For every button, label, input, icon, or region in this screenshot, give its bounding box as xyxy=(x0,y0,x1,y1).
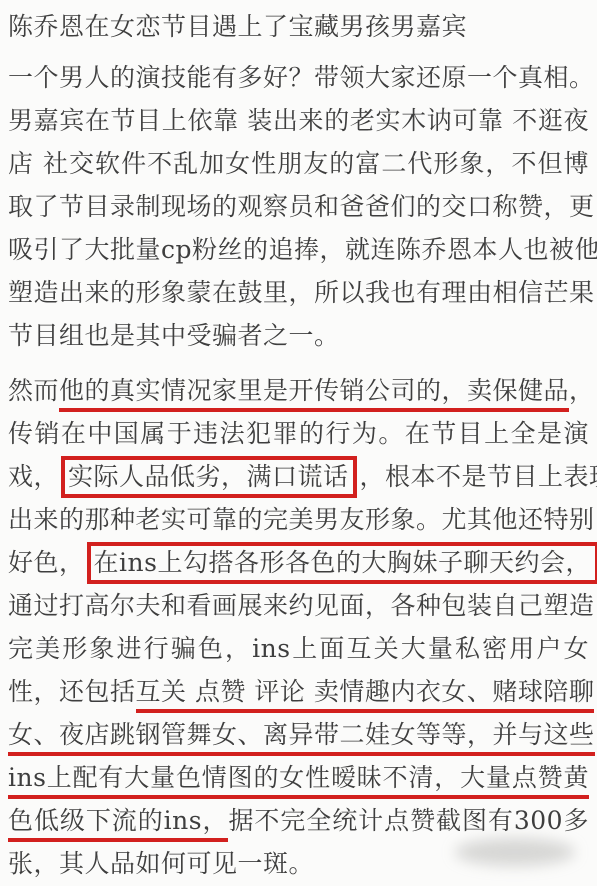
text-segment: 一个男人的演技能有多好？带领大家还原一个真相。 xyxy=(8,63,595,92)
text-segment: ，根本不是节目上表现 xyxy=(360,462,597,491)
text-line: ins上配有大量色情图的女性暧昧不清，大量点赞黄 xyxy=(8,756,589,799)
red-boxed-text: 在ins上勾搭各形各色的大胸妹子聊天约会， xyxy=(87,542,597,584)
text-segment: 据不完全统计点赞截图有300多 xyxy=(228,806,589,835)
text-line: 节目组也是其中受骗者之一。 xyxy=(8,314,589,357)
text-line: 一个男人的演技能有多好？带领大家还原一个真相。 xyxy=(8,56,589,99)
text-line: 完美形象进行骗色，ins上面互关大量私密用户女 xyxy=(8,627,589,670)
red-underlined-text: ins上配有大量色情图的女性暧昧不清，大量点赞黄 xyxy=(8,763,589,799)
text-line: 然而他的真实情况家里是开传销公司的，卖保健品， xyxy=(8,369,589,412)
text-line: 传销在中国属于违法犯罪的行为。在节目上全是演 xyxy=(8,412,589,455)
text-line: 出来的那种老实可靠的完美男友形象。尤其他还特别 xyxy=(8,498,589,541)
red-underlined-text: 他的真实情况家里是开传销公司的，卖保健品 xyxy=(59,376,569,412)
text-segment: 店 社交软件不乱加女性朋友的富二代形象，不但博 xyxy=(8,149,589,178)
text-segment: 好色， xyxy=(8,548,85,577)
red-underlined-text: 女、夜店跳钢管舞女、离异带二娃女等等，并与这些 xyxy=(8,720,595,756)
text-line: 塑造出来的形象蒙在鼓里，所以我也有理由相信芒果 xyxy=(8,271,589,314)
text-segment: 然而 xyxy=(8,376,59,405)
text-segment: 陈乔恩在女恋节目遇上了宝藏男孩男嘉宾 xyxy=(8,12,467,41)
text-segment: 戏， xyxy=(8,462,59,491)
headline-line: 陈乔恩在女恋节目遇上了宝藏男孩男嘉宾 xyxy=(8,5,589,48)
text-line: 店 社交软件不乱加女性朋友的富二代形象，不但博 xyxy=(8,142,589,185)
red-underlined-text: 色低级下流的ins， xyxy=(8,806,228,842)
text-line: 女、夜店跳钢管舞女、离异带二娃女等等，并与这些 xyxy=(8,713,589,756)
text-segment: 节目组也是其中受骗者之一。 xyxy=(8,321,340,350)
text-segment: 性，还包括 xyxy=(8,677,136,706)
text-segment: 出来的那种老实可靠的完美男友形象。尤其他还特别 xyxy=(8,505,595,534)
text-line: 男嘉宾在节目上依靠 装出来的老实木讷可靠 不逛夜 xyxy=(8,99,589,142)
text-line: 色低级下流的ins，据不完全统计点赞截图有300多 xyxy=(8,799,589,842)
text-segment: 塑造出来的形象蒙在鼓里，所以我也有理由相信芒果 xyxy=(8,278,595,307)
text-line: 张，其人品如何可见一斑。 xyxy=(8,842,589,885)
text-line: 好色，在ins上勾搭各形各色的大胸妹子聊天约会， xyxy=(8,541,589,584)
text-segment: 男嘉宾在节目上依靠 装出来的老实木讷可靠 不逛夜 xyxy=(8,106,589,135)
text-line: 通过打高尔夫和看画展来约见面，各种包装自己塑造 xyxy=(8,584,589,627)
text-line: 吸引了大批量cp粉丝的追捧，就连陈乔恩本人也被他 xyxy=(8,228,589,271)
text-segment: 取了节目录制现场的观察员和爸爸们的交口称赞，更 xyxy=(8,192,595,221)
text-segment: 通过打高尔夫和看画展来约见面，各种包装自己塑造 xyxy=(8,591,595,620)
article-text: 陈乔恩在女恋节目遇上了宝藏男孩男嘉宾一个男人的演技能有多好？带领大家还原一个真相… xyxy=(0,0,597,886)
text-line: 取了节目录制现场的观察员和爸爸们的交口称赞，更 xyxy=(8,185,589,228)
red-boxed-text: 实际人品低劣，满口谎话 xyxy=(61,456,357,498)
text-segment: 吸引了大批量cp粉丝的追捧，就连陈乔恩本人也被他 xyxy=(8,235,597,264)
text-segment: 传销在中国属于违法犯罪的行为。在节目上全是演 xyxy=(8,419,589,448)
article-page: 陈乔恩在女恋节目遇上了宝藏男孩男嘉宾一个男人的演技能有多好？带领大家还原一个真相… xyxy=(0,0,597,886)
text-segment: 完美形象进行骗色，ins上面互关大量私密用户女 xyxy=(8,634,589,663)
red-underlined-text: 互关 点赞 评论 卖情趣内衣女、赌球陪聊 xyxy=(136,677,595,713)
text-line: 性，还包括互关 点赞 评论 卖情趣内衣女、赌球陪聊 xyxy=(8,670,589,713)
text-line: 戏，实际人品低劣，满口谎话，根本不是节目上表现 xyxy=(8,455,589,498)
text-segment: ， xyxy=(569,376,595,405)
text-segment: 张，其人品如何可见一斑。 xyxy=(8,849,314,878)
